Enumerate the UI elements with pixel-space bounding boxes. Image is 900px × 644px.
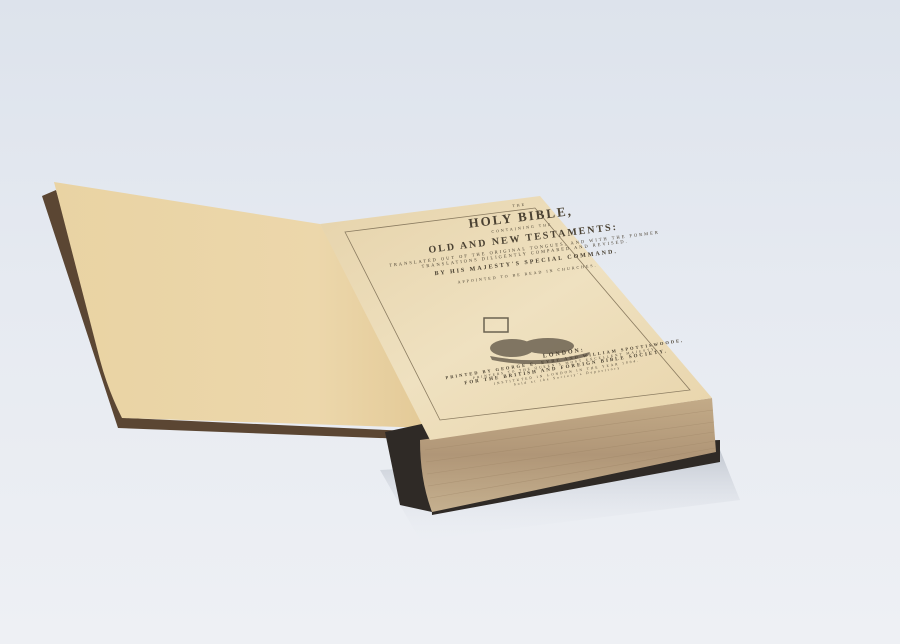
bible-photo — [0, 0, 900, 644]
photo-scene: THE HOLY BIBLE, CONTAINING THE OLD AND N… — [0, 0, 900, 644]
